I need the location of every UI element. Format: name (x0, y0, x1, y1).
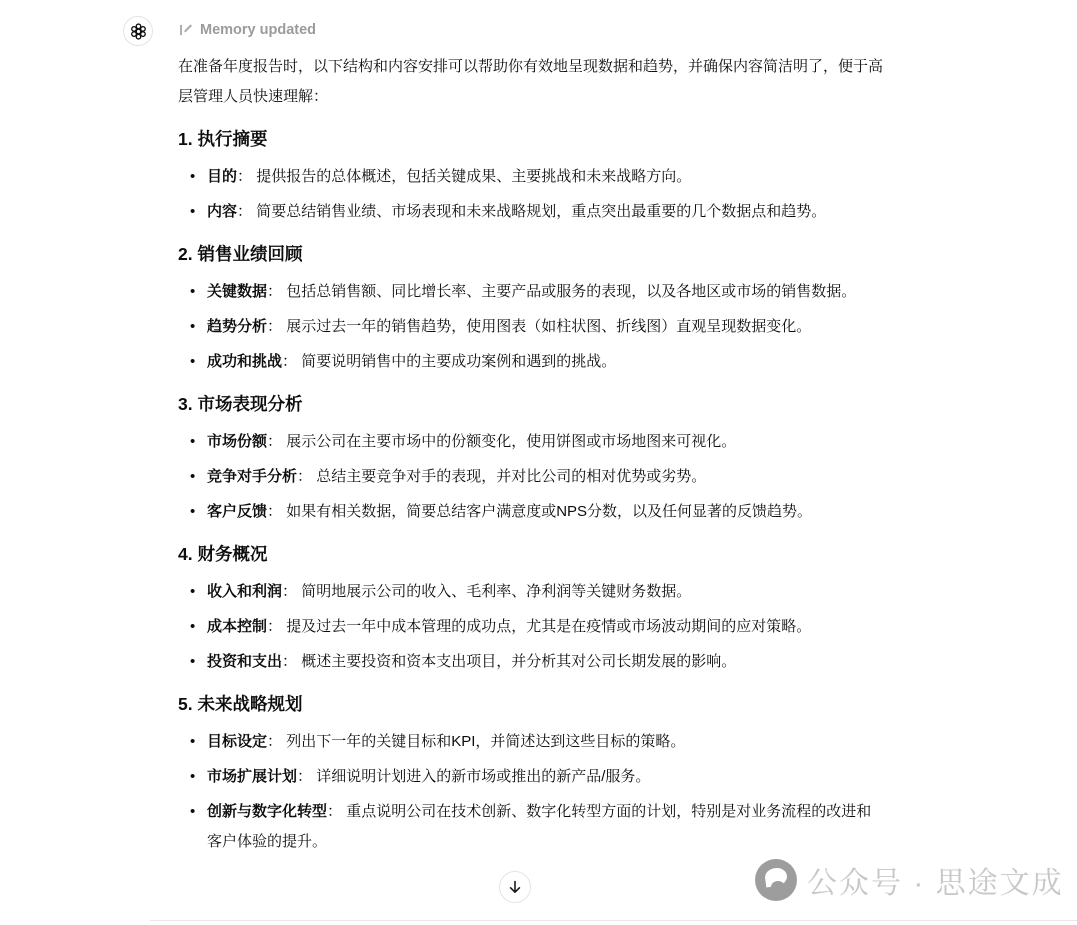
bullet-label: 客户反馈 (207, 503, 267, 520)
bullet-separator: ： (327, 803, 346, 820)
assistant-message: 在准备年度报告时，以下结构和内容安排可以帮助你有效地呈现数据和趋势，并确保内容简… (178, 52, 884, 862)
bullet-separator: ： (297, 768, 316, 785)
list-item: 成本控制： 提及过去一年中成本管理的成功点，尤其是在疫情或市场波动期间的应对策略… (207, 612, 884, 642)
section-bullets: 目标设定： 列出下一年的关键目标和KPI，并简述达到这些目标的策略。 市场扩展计… (178, 727, 884, 857)
bullet-text: 总结主要竞争对手的表现，并对比公司的相对优势或劣势。 (316, 468, 706, 485)
bullet-separator: ： (267, 433, 286, 450)
bullet-label: 市场扩展计划 (207, 768, 297, 785)
list-item: 投资和支出： 概述主要投资和资本支出项目，并分析其对公司长期发展的影响。 (207, 647, 884, 677)
bullet-separator: ： (237, 168, 256, 185)
section-bullets: 收入和利润： 简明地展示公司的收入、毛利率、净利润等关键财务数据。 成本控制： … (178, 577, 884, 677)
bullet-label: 成本控制 (207, 618, 267, 635)
list-item: 客户反馈： 如果有相关数据，简要总结客户满意度或NPS分数，以及任何显著的反馈趋… (207, 497, 884, 527)
bullet-text: 简要总结销售业绩、市场表现和未来战略规划，重点突出最重要的几个数据点和趋势。 (256, 203, 826, 220)
report-section: 5. 未来战略规划 目标设定： 列出下一年的关键目标和KPI，并简述达到这些目标… (178, 691, 884, 857)
bullet-text: 展示公司在主要市场中的份额变化，使用饼图或市场地图来可视化。 (286, 433, 736, 450)
bullet-text: 简要说明销售中的主要成功案例和遇到的挑战。 (301, 353, 616, 370)
bullet-separator: ： (282, 583, 301, 600)
section-heading: 5. 未来战略规划 (178, 691, 884, 717)
bullet-label: 创新与数字化转型 (207, 803, 327, 820)
report-section: 1. 执行摘要 目的： 提供报告的总体概述，包括关键成果、主要挑战和未来战略方向… (178, 126, 884, 227)
bullet-label: 收入和利润 (207, 583, 282, 600)
list-item: 目的： 提供报告的总体概述，包括关键成果、主要挑战和未来战略方向。 (207, 162, 884, 192)
bullet-text: 列出下一年的关键目标和KPI，并简述达到这些目标的策略。 (286, 733, 685, 750)
bullet-text: 概述主要投资和资本支出项目，并分析其对公司长期发展的影响。 (301, 653, 736, 670)
scroll-to-bottom-button[interactable] (499, 871, 531, 903)
section-heading: 3. 市场表现分析 (178, 391, 884, 417)
openai-logo-icon (129, 22, 148, 41)
report-section: 4. 财务概况 收入和利润： 简明地展示公司的收入、毛利率、净利润等关键财务数据… (178, 541, 884, 677)
chat-page: Memory updated 在准备年度报告时，以下结构和内容安排可以帮助你有效… (0, 0, 1077, 925)
bullet-text: 简明地展示公司的收入、毛利率、净利润等关键财务数据。 (301, 583, 691, 600)
bullet-text: 展示过去一年的销售趋势，使用图表（如柱状图、折线图）直观呈现数据变化。 (286, 318, 811, 335)
bullet-text: 详细说明计划进入的新市场或推出的新产品/服务。 (316, 768, 650, 785)
bullet-separator: ： (237, 203, 256, 220)
list-item: 收入和利润： 简明地展示公司的收入、毛利率、净利润等关键财务数据。 (207, 577, 884, 607)
bullet-text: 如果有相关数据，简要总结客户满意度或NPS分数，以及任何显著的反馈趋势。 (286, 503, 812, 520)
arrow-down-icon (507, 879, 523, 895)
sections: 1. 执行摘要 目的： 提供报告的总体概述，包括关键成果、主要挑战和未来战略方向… (178, 126, 884, 857)
bullet-text: 提供报告的总体概述，包括关键成果、主要挑战和未来战略方向。 (256, 168, 691, 185)
bullet-label: 关键数据 (207, 283, 267, 300)
section-bullets: 目的： 提供报告的总体概述，包括关键成果、主要挑战和未来战略方向。 内容： 简要… (178, 162, 884, 227)
memory-updated-label: Memory updated (200, 22, 316, 38)
bullet-label: 内容 (207, 203, 237, 220)
report-section: 3. 市场表现分析 市场份额： 展示公司在主要市场中的份额变化，使用饼图或市场地… (178, 391, 884, 527)
list-item: 竞争对手分析： 总结主要竞争对手的表现，并对比公司的相对优势或劣势。 (207, 462, 884, 492)
section-heading: 1. 执行摘要 (178, 126, 884, 152)
bullet-separator: ： (282, 653, 301, 670)
bullet-label: 市场份额 (207, 433, 267, 450)
list-item: 关键数据： 包括总销售额、同比增长率、主要产品或服务的表现，以及各地区或市场的销… (207, 277, 884, 307)
watermark-text: 公众号 · 思途文成 (807, 858, 1064, 902)
list-item: 目标设定： 列出下一年的关键目标和KPI，并简述达到这些目标的策略。 (207, 727, 884, 757)
section-heading: 4. 财务概况 (178, 541, 884, 567)
bullet-label: 目标设定 (207, 733, 267, 750)
bullet-label: 成功和挑战 (207, 353, 282, 370)
message-intro: 在准备年度报告时，以下结构和内容安排可以帮助你有效地呈现数据和趋势，并确保内容简… (178, 52, 884, 112)
bullet-separator: ： (297, 468, 316, 485)
watermark: 公众号 · 思途文成 (755, 858, 1064, 902)
bullet-separator: ： (267, 618, 286, 635)
bullet-text: 包括总销售额、同比增长率、主要产品或服务的表现，以及各地区或市场的销售数据。 (286, 283, 856, 300)
bullet-label: 目的 (207, 168, 237, 185)
section-bullets: 关键数据： 包括总销售额、同比增长率、主要产品或服务的表现，以及各地区或市场的销… (178, 277, 884, 377)
list-item: 市场份额： 展示公司在主要市场中的份额变化，使用饼图或市场地图来可视化。 (207, 427, 884, 457)
section-bullets: 市场份额： 展示公司在主要市场中的份额变化，使用饼图或市场地图来可视化。 竞争对… (178, 427, 884, 527)
bullet-text: 提及过去一年中成本管理的成功点，尤其是在疫情或市场波动期间的应对策略。 (286, 618, 811, 635)
bullet-label: 竞争对手分析 (207, 468, 297, 485)
assistant-avatar (123, 16, 153, 46)
list-item: 内容： 简要总结销售业绩、市场表现和未来战略规划，重点突出最重要的几个数据点和趋… (207, 197, 884, 227)
chat-bubble-logo-icon (755, 859, 797, 901)
report-section: 2. 销售业绩回顾 关键数据： 包括总销售额、同比增长率、主要产品或服务的表现，… (178, 241, 884, 377)
memory-pencil-icon (179, 23, 193, 37)
list-item: 市场扩展计划： 详细说明计划进入的新市场或推出的新产品/服务。 (207, 762, 884, 792)
bullet-label: 趋势分析 (207, 318, 267, 335)
list-item: 创新与数字化转型： 重点说明公司在技术创新、数字化转型方面的计划，特别是对业务流… (207, 797, 884, 857)
bullet-separator: ： (267, 283, 286, 300)
bullet-separator: ： (267, 503, 286, 520)
bullet-separator: ： (267, 318, 286, 335)
section-heading: 2. 销售业绩回顾 (178, 241, 884, 267)
bullet-label: 投资和支出 (207, 653, 282, 670)
list-item: 成功和挑战： 简要说明销售中的主要成功案例和遇到的挑战。 (207, 347, 884, 377)
bullet-separator: ： (282, 353, 301, 370)
bullet-separator: ： (267, 733, 286, 750)
bottom-divider (150, 920, 1077, 921)
memory-updated-chip[interactable]: Memory updated (179, 22, 316, 38)
list-item: 趋势分析： 展示过去一年的销售趋势，使用图表（如柱状图、折线图）直观呈现数据变化… (207, 312, 884, 342)
